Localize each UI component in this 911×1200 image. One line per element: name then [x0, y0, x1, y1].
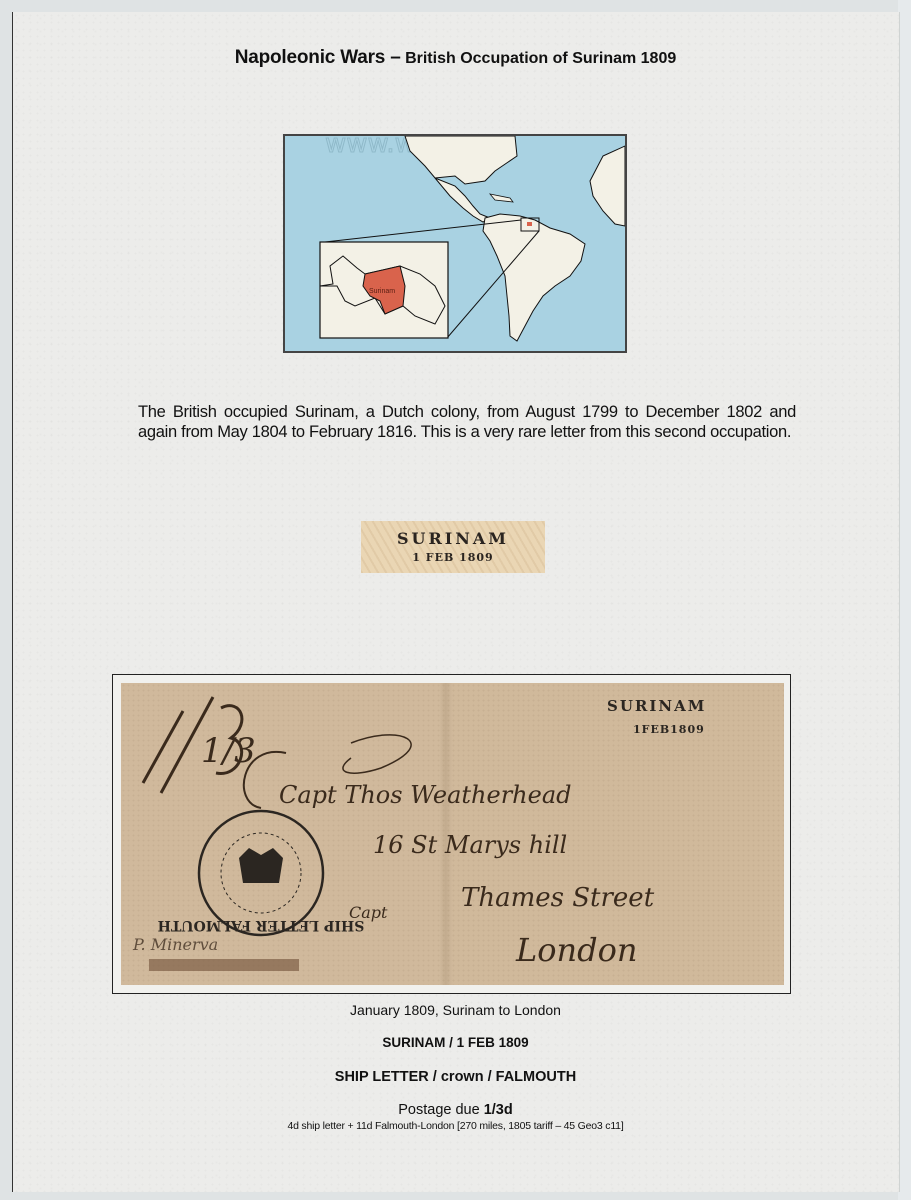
map-label-surinam: Surinam: [369, 288, 395, 295]
notation-capt: Capt: [349, 903, 387, 922]
postage-amount: 1/3d: [484, 1102, 513, 1118]
caption-date-route: January 1809, Surinam to London: [0, 1002, 911, 1018]
postmark-detail-image: SURINAM 1 FEB 1809: [361, 521, 545, 573]
location-map: www.wikimaps Surinam: [283, 134, 627, 353]
postmark-detail-line2: 1 FEB 1809: [371, 551, 535, 564]
address-line-4: London: [516, 931, 637, 969]
address-line-2: 16 St Marys hill: [373, 831, 567, 859]
address-line-1: Capt Thos Weatherhead: [279, 781, 572, 809]
title-main: Napoleonic Wars –: [235, 47, 401, 68]
ship-letter-stamp-text: SHIP LETTER FALMOUTH: [158, 917, 365, 933]
caption-postmark: SURINAM / 1 FEB 1809: [0, 1035, 911, 1050]
letter-cover-image: SHIP LETTER FALMOUTH SURINAM 1FEB1809 1/…: [121, 683, 784, 985]
title-sub: British Occupation of Surinam 1809: [405, 50, 676, 67]
postage-prefix: Postage due: [398, 1102, 483, 1118]
rate-mark: 1/3: [201, 731, 256, 771]
page-title: Napoleonic Wars – British Occupation of …: [0, 47, 911, 69]
background-strip: [898, 0, 911, 1200]
caption-postage-due: Postage due 1/3d: [0, 1102, 911, 1118]
postmark-detail-line1: SURINAM: [371, 529, 535, 548]
map-graphic: www.wikimaps Surinam: [285, 136, 625, 351]
letter-photo-frame: SHIP LETTER FALMOUTH SURINAM 1FEB1809 1/…: [112, 674, 791, 994]
description-paragraph: The British occupied Surinam, a Dutch co…: [138, 402, 796, 442]
notation-ship: P. Minerva: [133, 935, 218, 954]
letter-handstamp-date: 1FEB1809: [633, 723, 705, 736]
address-line-3: Thames Street: [461, 883, 654, 913]
letter-handstamp-surinam: SURINAM: [607, 697, 706, 715]
caption-tariff-note: 4d ship letter + 11d Falmouth-London [27…: [0, 1120, 911, 1132]
caption-ship-letter: SHIP LETTER / crown / FALMOUTH: [0, 1069, 911, 1085]
